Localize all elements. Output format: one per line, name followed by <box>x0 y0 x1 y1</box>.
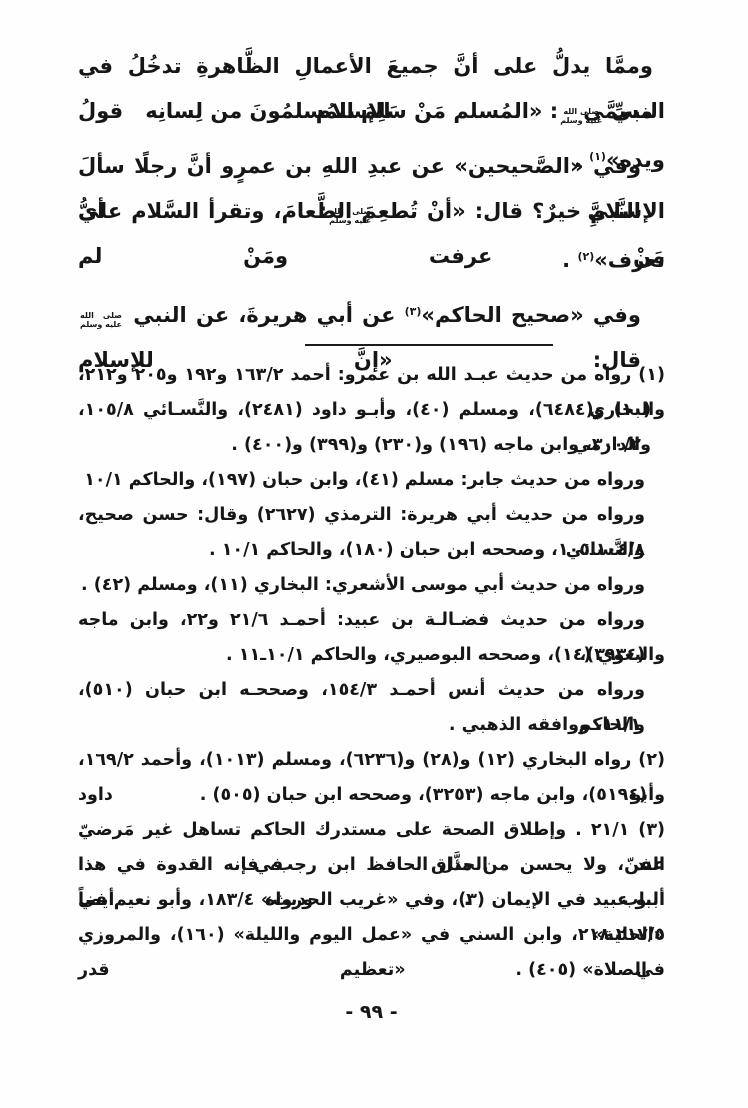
text-line: (١) رواه من حديث عبـد الله بن عمرو: أحمد… <box>78 358 665 393</box>
text-segment: الصلاة» (٤٠٥) . <box>515 960 647 980</box>
book-page: وممَّا يدلُّ على أنَّ جميعَ الأعمالِ الظ… <box>0 0 748 1108</box>
text-line: والبغوي (١٤)، وصححه البوصيري، والحاكم ١٠… <box>78 638 665 673</box>
text-line: النبيِّ صلى اللهعليه وسلم: «المُسلم مَنْ… <box>78 89 665 134</box>
text-line: ورواه من حديث أبي موسى الأشعري: البخاري … <box>78 568 665 603</box>
text-line: ورواه من حديث أنس أحمـد ١٥٤/٣، وصححـه اب… <box>78 673 665 708</box>
text-line: (١٠) و(٦٤٨٤)، ومسلم (٤٠)، وأبـو داود (٢٤… <box>78 393 665 428</box>
text-line: وممَّا يدلُّ على أنَّ جميعَ الأعمالِ الظ… <box>78 44 665 89</box>
text-segment: (٥١٩٤)، وابن ماجه (٣٢٥٣)، وصححه ابن حبان… <box>200 785 647 805</box>
text-segment: والبغوي (١٤)، وصححه البوصيري، والحاكم ١٠… <box>226 645 665 665</box>
text-segment: عن أبي هريرةَ، عن النبي <box>124 303 405 327</box>
text-line: الفنّ، ولا يحسن من مثل الحافظ ابن رجب، ف… <box>78 848 665 883</box>
pbuh-ligature-icon: صلى اللهعليه وسلم <box>560 107 602 125</box>
text-line: أبـو عبيد في الإيمان (٣)، وفي «غريب الحد… <box>78 883 665 918</box>
text-segment: وفي «صحيح الحاكم» <box>421 303 641 327</box>
paragraph: وفي «صحيح الحاكم»(٣) عن أبي هريرةَ، عن ا… <box>78 289 665 334</box>
text-line: الإسلامِ خيرٌ؟ قال: «أنْ تُطعِمَ الطَّعا… <box>78 189 665 234</box>
text-segment: ١١/١، ووافقه الذهبي . <box>449 715 641 735</box>
footnotes: (١) رواه من حديث عبـد الله بن عمرو: أحمد… <box>78 358 665 988</box>
text-line: ١١/١، ووافقه الذهبي . <box>78 708 665 743</box>
page-content: وممَّا يدلُّ على أنَّ جميعَ الأعمالِ الظ… <box>0 0 748 1023</box>
paragraph: وممَّا يدلُّ على أنَّ جميعَ الأعمالِ الظ… <box>78 44 665 134</box>
pbuh-ligature-icon: صلى اللهعليه وسلم <box>80 311 122 329</box>
text-line: وفي «الصَّحيحين» عن عبدِ اللهِ بن عمرٍو … <box>78 144 665 189</box>
text-line: (٣) ٢١/١ . وإطلاق الصحة على مستدرك الحاك… <box>78 813 665 848</box>
text-segment: . <box>562 248 577 272</box>
text-line: ١٠٤/٨ـ١٠٥، وصححه ابن حبان (١٨٠)، والحاكم… <box>78 533 665 568</box>
paragraph: وفي «الصَّحيحين» عن عبدِ اللهِ بن عمرٍو … <box>78 144 665 279</box>
main-text: وممَّا يدلُّ على أنَّ جميعَ الأعمالِ الظ… <box>78 44 665 334</box>
page-number: - ٩٩ - <box>78 1001 665 1023</box>
text-line: ورواه من حديث جابر: مسلم (٤١)، وابن حبان… <box>78 463 665 498</box>
footnote-marker: (٢) <box>577 250 594 263</box>
text-line: ورواه من حديث فضـالـة بن عبيد: أحمـد ٢١/… <box>78 603 665 638</box>
text-segment: ١٠٤/٨ـ١٠٥، وصححه ابن حبان (١٨٠)، والحاكم… <box>209 540 645 560</box>
text-line: (٢) رواه البخاري (١٢) و(٢٨) و(٦٢٣٦)، ومس… <box>78 743 665 778</box>
text-line: وفي «صحيح الحاكم»(٣) عن أبي هريرةَ، عن ا… <box>78 289 665 334</box>
text-line: ٢١٧/٥ـ٢١٨، وابن السني في «عمل اليوم والل… <box>78 918 665 953</box>
text-segment: ٣٠٠/٢، وابن ماجه (١٩٦) و(٢٣٠) و(٣٩٩) و(٤… <box>231 435 641 455</box>
text-segment: تعرف» <box>594 248 665 272</box>
text-segment: النبيِّ <box>604 99 665 123</box>
text-segment: ورواه من حديث أبي موسى الأشعري: البخاري … <box>81 575 645 595</box>
text-line: ورواه من حديث أبي هريرة: الترمذي (٢٦٢٧) … <box>78 498 665 533</box>
footnote-marker: (٣) <box>405 305 422 318</box>
text-line: ٣٠٠/٢، وابن ماجه (١٩٦) و(٢٣٠) و(٣٩٩) و(٤… <box>78 428 665 463</box>
